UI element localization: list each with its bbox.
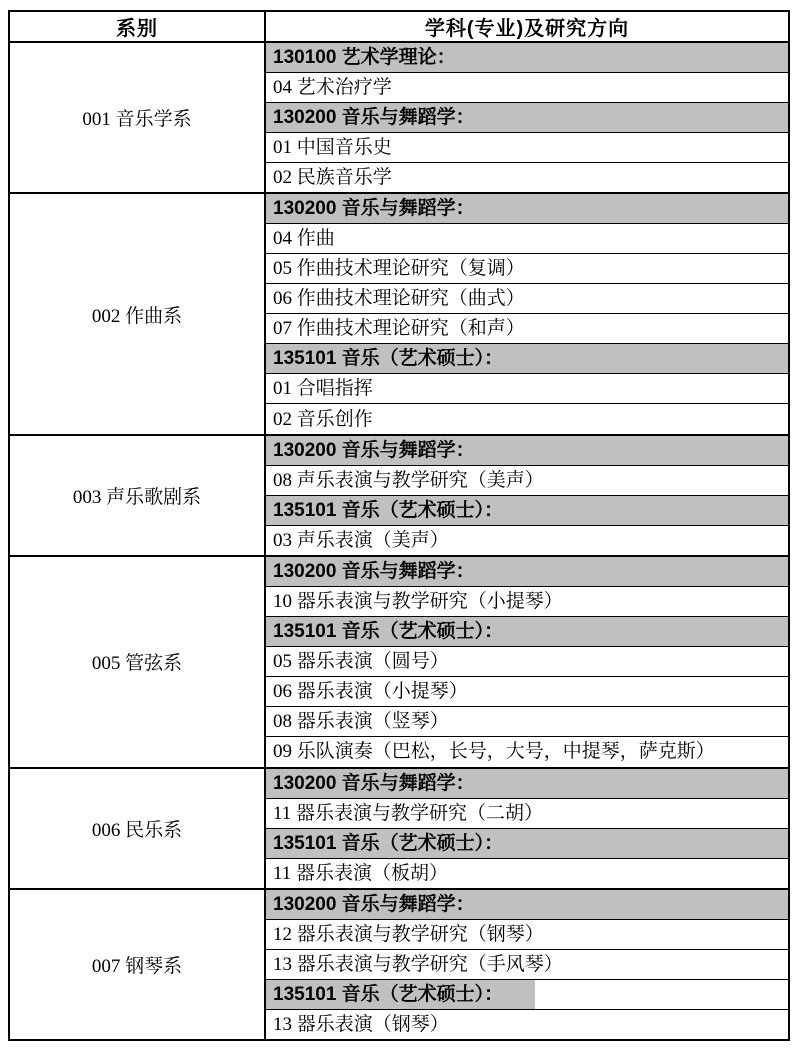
major-rows: 130100 艺术学理论：04 艺术治疗学130200 音乐与舞蹈学：01 中国… [266,43,788,192]
research-direction-row: 06 器乐表演（小提琴） [266,677,788,707]
table-header-row: 系别 学科(专业)及研究方向 [10,12,788,43]
department-cell: 006 民乐系 [10,769,266,888]
research-direction-row: 11 器乐表演（板胡） [266,859,788,888]
department-cell: 001 音乐学系 [10,43,266,192]
category-header-row: 135101 音乐（艺术硕士）： [266,617,788,647]
header-cell-department: 系别 [10,12,266,41]
research-direction-row: 13 器乐表演与教学研究（手风琴） [266,950,788,980]
department-cell: 005 管弦系 [10,557,266,766]
department-group: 006 民乐系130200 音乐与舞蹈学：11 器乐表演与教学研究（二胡）135… [10,769,788,890]
research-direction-row: 09 乐队演奏（巴松，长号，大号，中提琴，萨克斯） [266,737,788,766]
research-direction-row: 04 艺术治疗学 [266,73,788,103]
department-group: 005 管弦系130200 音乐与舞蹈学：10 器乐表演与教学研究（小提琴）13… [10,557,788,768]
department-group: 001 音乐学系130100 艺术学理论：04 艺术治疗学130200 音乐与舞… [10,43,788,194]
research-direction-row: 08 声乐表演与教学研究（美声） [266,466,788,496]
department-group: 003 声乐歌剧系130200 音乐与舞蹈学：08 声乐表演与教学研究（美声）1… [10,436,788,557]
research-direction-row: 05 器乐表演（圆号） [266,647,788,677]
category-header-row: 130200 音乐与舞蹈学： [266,769,788,799]
category-header-row: 135101 音乐（艺术硕士）： [266,980,788,1010]
department-cell: 003 声乐歌剧系 [10,436,266,555]
major-rows: 130200 音乐与舞蹈学：12 器乐表演与教学研究（钢琴）13 器乐表演与教学… [266,890,788,1039]
major-rows: 130200 音乐与舞蹈学：10 器乐表演与教学研究（小提琴）135101 音乐… [266,557,788,766]
category-header-row: 130200 音乐与舞蹈学： [266,103,788,133]
research-direction-row: 02 音乐创作 [266,404,788,433]
department-group: 007 钢琴系130200 音乐与舞蹈学：12 器乐表演与教学研究（钢琴）13 … [10,890,788,1039]
category-header-row: 135101 音乐（艺术硕士）： [266,344,788,374]
document-page: 系别 学科(专业)及研究方向 001 音乐学系130100 艺术学理论：04 艺… [0,0,795,1050]
department-cell: 007 钢琴系 [10,890,266,1039]
research-direction-row: 05 作曲技术理论研究（复调） [266,254,788,284]
research-direction-row: 04 作曲 [266,224,788,254]
research-direction-row: 10 器乐表演与教学研究（小提琴） [266,587,788,617]
research-direction-row: 13 器乐表演（钢琴） [266,1010,788,1039]
research-direction-row: 11 器乐表演与教学研究（二胡） [266,799,788,829]
major-rows: 130200 音乐与舞蹈学：08 声乐表演与教学研究（美声）135101 音乐（… [266,436,788,555]
category-header-row: 130200 音乐与舞蹈学： [266,557,788,587]
departments-majors-table: 系别 学科(专业)及研究方向 001 音乐学系130100 艺术学理论：04 艺… [8,10,790,1041]
department-cell: 002 作曲系 [10,194,266,433]
research-direction-row: 01 合唱指挥 [266,374,788,404]
category-header-row: 130200 音乐与舞蹈学： [266,194,788,224]
research-direction-row: 02 民族音乐学 [266,163,788,192]
research-direction-row: 08 器乐表演（竖琴） [266,707,788,737]
header-cell-major: 学科(专业)及研究方向 [266,12,788,41]
major-rows: 130200 音乐与舞蹈学：04 作曲05 作曲技术理论研究（复调）06 作曲技… [266,194,788,433]
research-direction-row: 12 器乐表演与教学研究（钢琴） [266,920,788,950]
major-rows: 130200 音乐与舞蹈学：11 器乐表演与教学研究（二胡）135101 音乐（… [266,769,788,888]
research-direction-row: 07 作曲技术理论研究（和声） [266,314,788,344]
category-header-row: 135101 音乐（艺术硕士）： [266,496,788,526]
category-header-row: 135101 音乐（艺术硕士）： [266,829,788,859]
category-header-row: 130200 音乐与舞蹈学： [266,890,788,920]
research-direction-row: 01 中国音乐史 [266,133,788,163]
table-body: 001 音乐学系130100 艺术学理论：04 艺术治疗学130200 音乐与舞… [10,43,788,1039]
category-header-row: 130100 艺术学理论： [266,43,788,73]
category-header-row: 130200 音乐与舞蹈学： [266,436,788,466]
department-group: 002 作曲系130200 音乐与舞蹈学：04 作曲05 作曲技术理论研究（复调… [10,194,788,435]
research-direction-row: 03 声乐表演（美声） [266,526,788,555]
research-direction-row: 06 作曲技术理论研究（曲式） [266,284,788,314]
